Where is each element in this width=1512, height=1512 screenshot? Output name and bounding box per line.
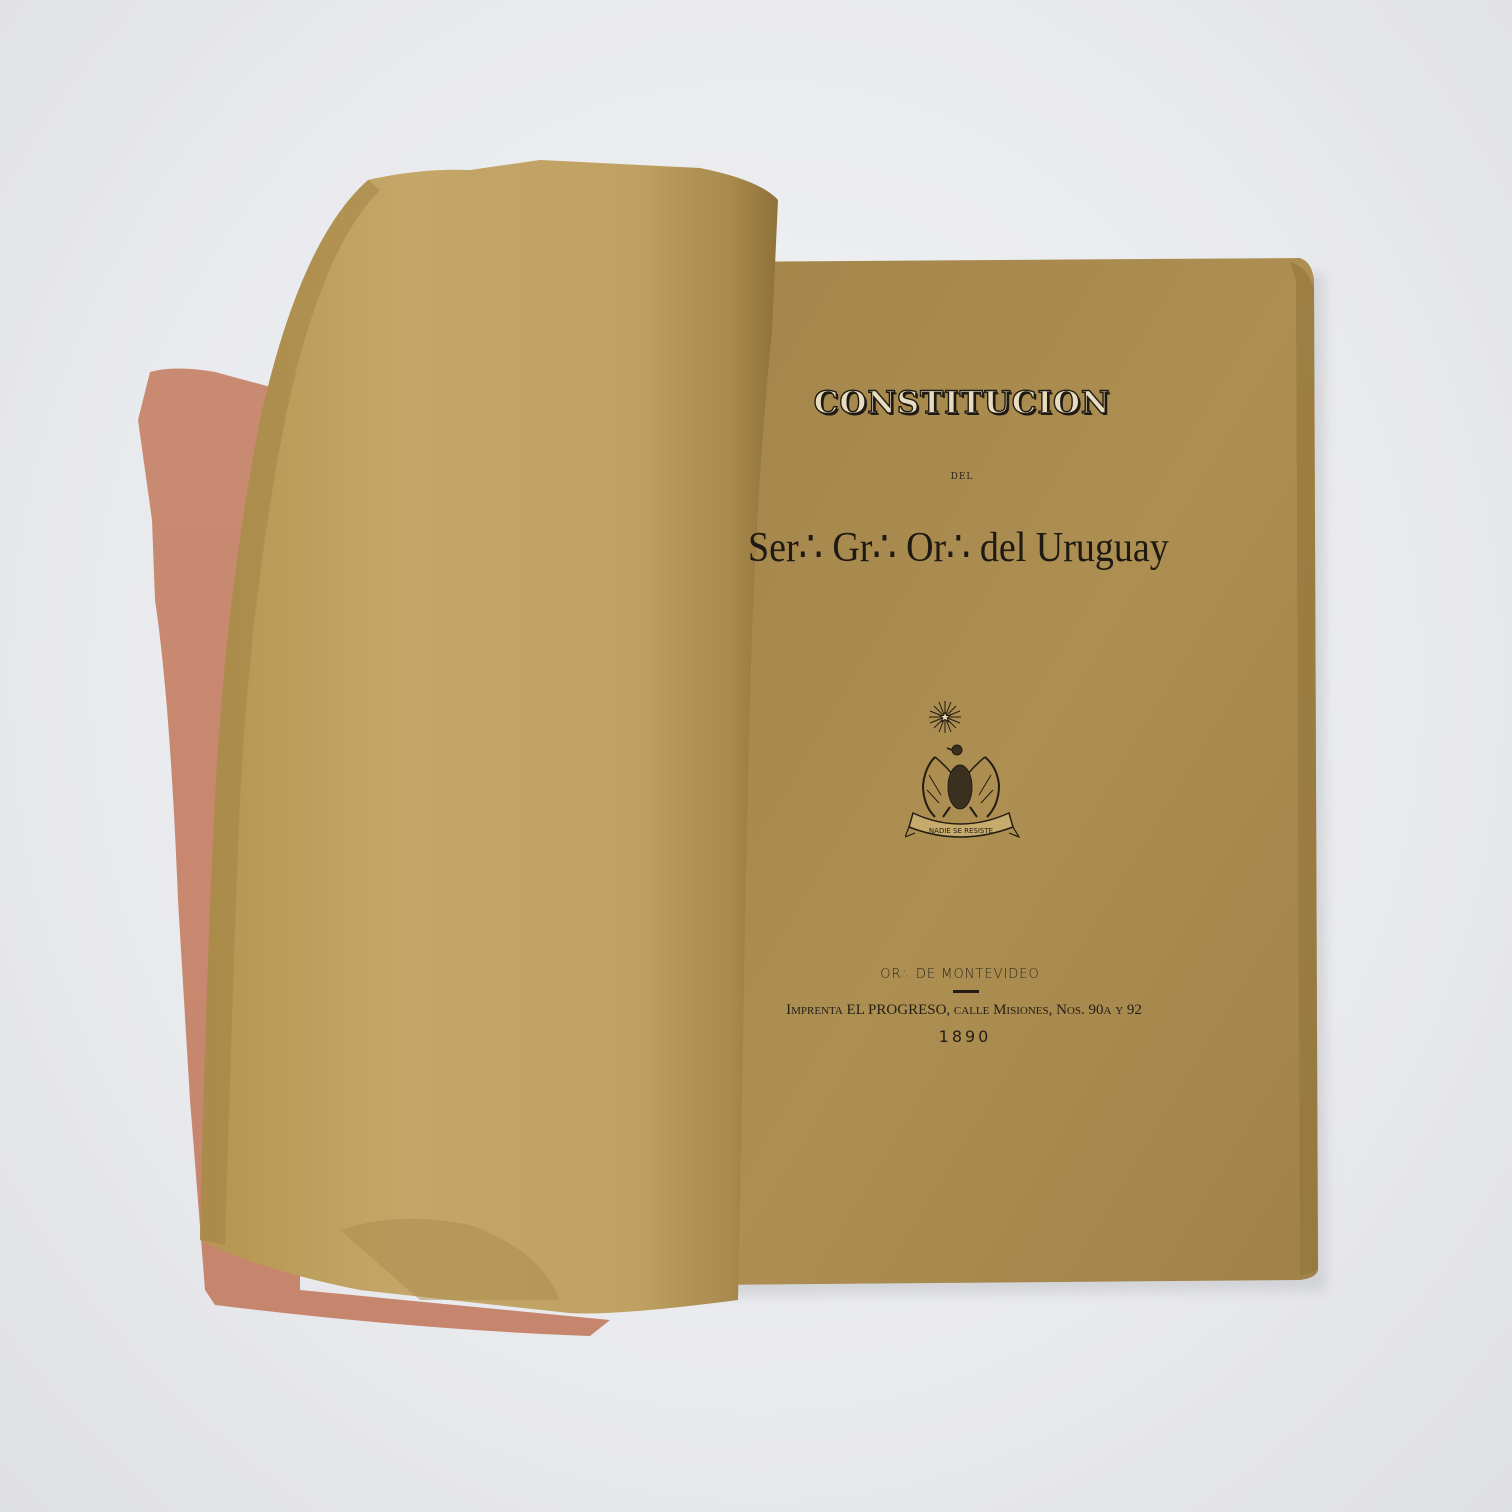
publication-year: 1890 xyxy=(930,1027,1000,1046)
place-line: OR∴ DE MONTEVIDEO xyxy=(860,967,1060,982)
document-title: CONSTITUCION xyxy=(792,385,1132,421)
printer-line: Imprenta EL PROGRESO, calle Misiones, No… xyxy=(764,1002,1164,1019)
document-subtitle: Ser∴ Gr∴ Or∴ del Uruguay xyxy=(748,522,1188,572)
emblem-motto: NADIE SE RESISTE xyxy=(929,827,993,835)
divider-rule xyxy=(953,990,979,993)
eagle-with-star-emblem-icon: NADIE SE RESISTE xyxy=(905,695,1020,855)
photo-scene: CONSTITUCION DEL Ser∴ Gr∴ Or∴ del Urugua… xyxy=(0,0,1512,1512)
title-page-text: CONSTITUCION DEL Ser∴ Gr∴ Or∴ del Urugua… xyxy=(0,0,1512,1512)
connector-word: DEL xyxy=(932,472,992,482)
